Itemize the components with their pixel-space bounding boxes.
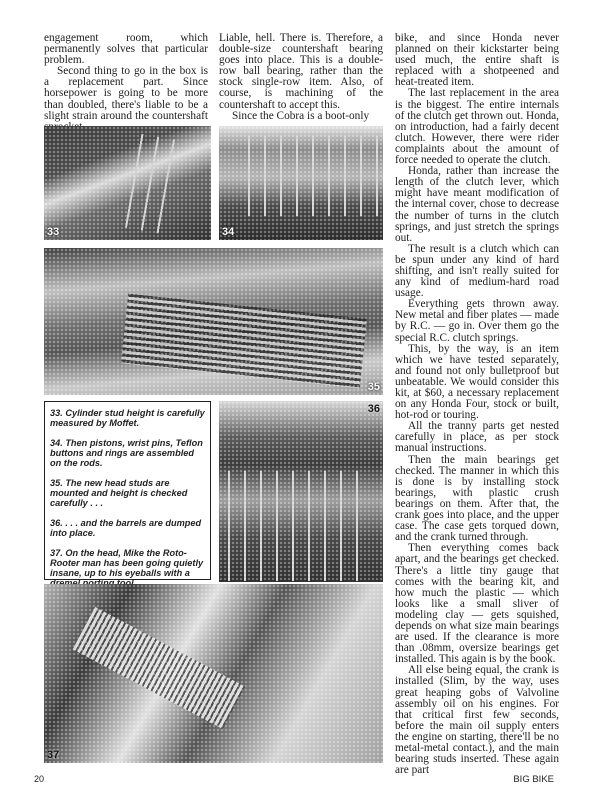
magazine-name: BIG BIKE	[513, 774, 554, 785]
text-column-3: bike, and since Honda never planned on t…	[395, 33, 559, 776]
photo-34-pistons-assembled: 34	[219, 126, 383, 240]
paragraph: The result is a clutch which can be spun…	[395, 244, 559, 299]
paragraph: This, by the way, is an item which we ha…	[395, 344, 559, 422]
paragraph: Honda, rather than increase the length o…	[395, 166, 559, 244]
photo-number: 36	[368, 403, 380, 415]
photo-number: 35	[368, 381, 380, 393]
caption-36: 36. . . . and the barrels are dumped int…	[50, 518, 206, 538]
paragraph: Second thing to go in the box is a repla…	[44, 66, 208, 133]
paragraph: Liable, hell. There is. Therefore, a dou…	[219, 33, 383, 111]
paragraph: The last replacement in the area is the …	[395, 88, 559, 166]
photo-number: 37	[47, 749, 59, 761]
text-column-1: engagement room, which permanently solve…	[44, 33, 208, 133]
photo-35-head-studs: 35	[44, 248, 383, 395]
photo-number: 33	[47, 226, 59, 238]
paragraph: Then everything comes back apart, and th…	[395, 543, 559, 665]
page-number: 20	[34, 774, 44, 784]
paragraph: bike, and since Honda never planned on t…	[395, 33, 559, 88]
caption-33: 33. Cylinder stud height is carefully me…	[50, 408, 206, 428]
caption-34: 34. Then pistons, wrist pins, Teflon but…	[50, 438, 206, 468]
paragraph: Then the main bearings get checked. The …	[395, 455, 559, 544]
photo-captions-box: 33. Cylinder stud height is carefully me…	[44, 401, 211, 580]
paragraph: Everything gets thrown away. New metal a…	[395, 299, 559, 343]
photo-number: 34	[222, 226, 234, 238]
photo-37-head-porting: 37	[44, 584, 383, 763]
caption-37: 37. On the head, Mike the Roto-Rooter ma…	[50, 548, 206, 588]
text-column-2: Liable, hell. There is. Therefore, a dou…	[219, 33, 383, 122]
photo-33-cylinder-stud-measure: 33	[44, 126, 211, 240]
paragraph: Since the Cobra is a boot-only	[219, 111, 383, 122]
photo-36-barrels-placed: 36	[219, 401, 383, 582]
paragraph: All the tranny parts get nested carefull…	[395, 421, 559, 454]
paragraph: engagement room, which permanently solve…	[44, 33, 208, 66]
caption-35: 35. The new head studs are mounted and h…	[50, 478, 206, 508]
paragraph: All else being equal, the crank is insta…	[395, 665, 559, 776]
